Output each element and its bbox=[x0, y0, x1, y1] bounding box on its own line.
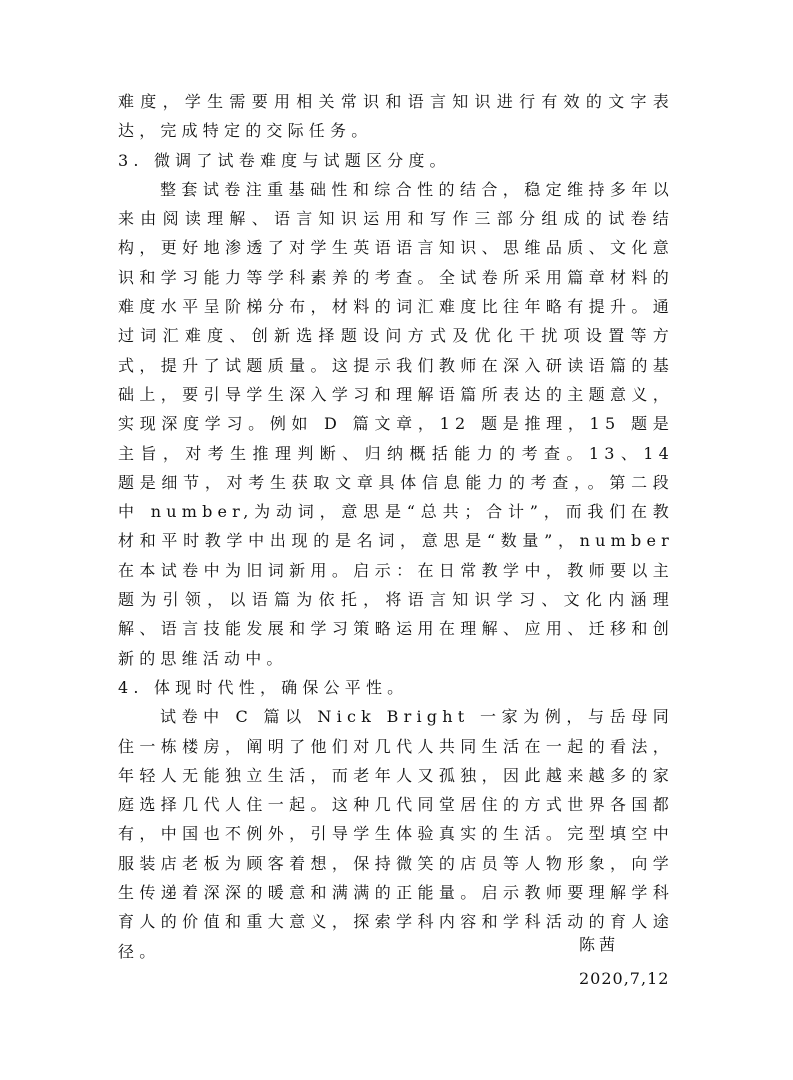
signature-block: 陈茜 2020,7,12 bbox=[579, 928, 669, 996]
signature-date: 2020,7,12 bbox=[579, 962, 669, 996]
paragraph-continuation: 难度，学生需要用相关常识和语言知识进行有效的文字表达，完成特定的交际任务。 bbox=[118, 87, 674, 146]
section-heading-4: 4. 体现时代性，确保公平性。 bbox=[118, 673, 674, 702]
author-name: 陈茜 bbox=[579, 928, 669, 962]
section-heading-3: 3. 微调了试卷难度与试题区分度。 bbox=[118, 146, 674, 175]
paragraph-difficulty: 整套试卷注重基础性和综合性的结合，稳定维持多年以来由阅读理解、语言知识运用和写作… bbox=[118, 175, 674, 673]
document-body: 难度，学生需要用相关常识和语言知识进行有效的文字表达，完成特定的交际任务。 3.… bbox=[118, 87, 674, 966]
paragraph-fairness: 试卷中 C 篇以 Nick Bright 一家为例，与岳母同住一栋楼房，阐明了他… bbox=[118, 702, 674, 966]
